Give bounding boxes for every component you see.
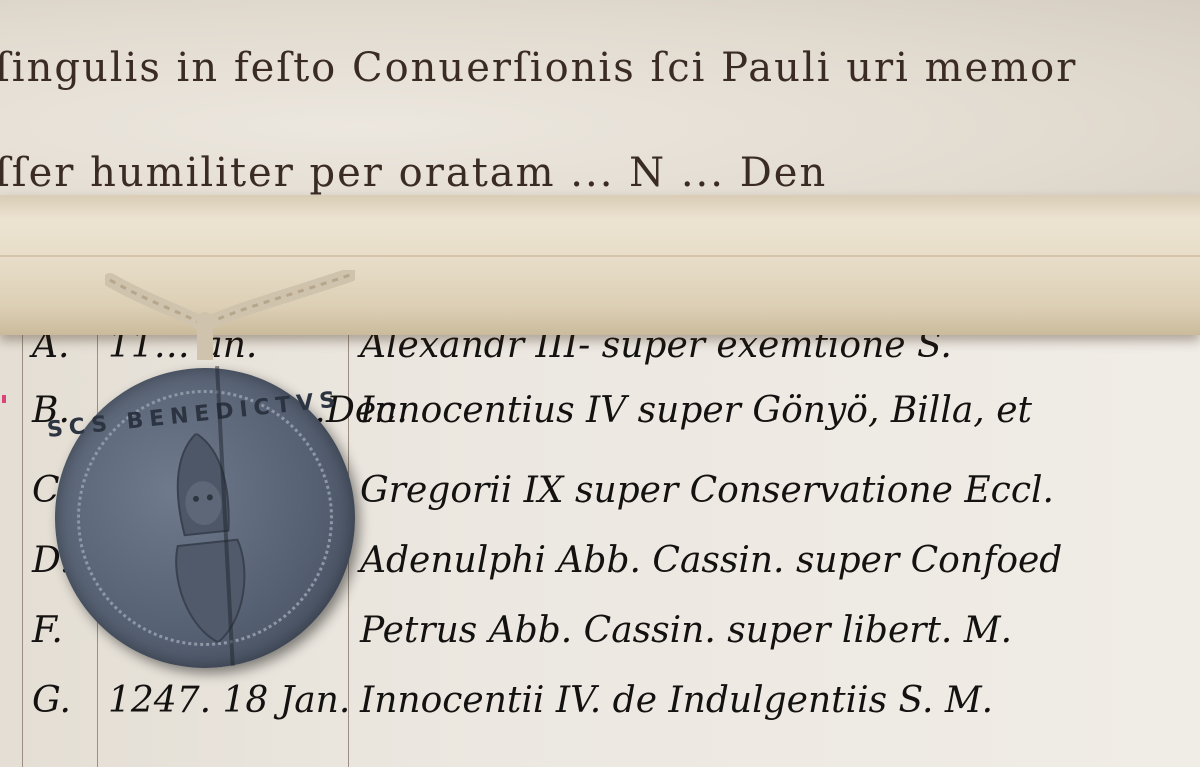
charter-text-line-1: ſingulis in feſto Conuerſionis ſci Pauli… (0, 45, 1077, 91)
row-entry: Gregorii IX super Conservatione Eccl. (360, 470, 1054, 511)
row-entry: Innocentii IV. de Indulgentiis S. M. (360, 680, 993, 721)
charter-text-line-2: ſſer humiliter per oratam ... N ... Den (0, 150, 827, 196)
register-row: G. 1247. 18 Jan. Innocentii IV. de Indul… (0, 680, 1200, 730)
row-entry: Innocentius IV super Gönyö, Billa, et (360, 390, 1032, 431)
plica-crease (0, 255, 1200, 257)
charter-parchment: ſingulis in feſto Conuerſionis ſci Pauli… (0, 0, 1200, 210)
row-letter: F. (32, 610, 63, 651)
row-date: 1247. 18 Jan. (108, 680, 350, 721)
row-entry: Petrus Abb. Cassin. super libert. M. (360, 610, 1012, 651)
row-entry: Adenulphi Abb. Cassin. super Confoed (360, 540, 1062, 581)
red-margin-mark (2, 395, 6, 403)
row-letter: G. (32, 680, 71, 721)
seal-cord (105, 270, 355, 360)
